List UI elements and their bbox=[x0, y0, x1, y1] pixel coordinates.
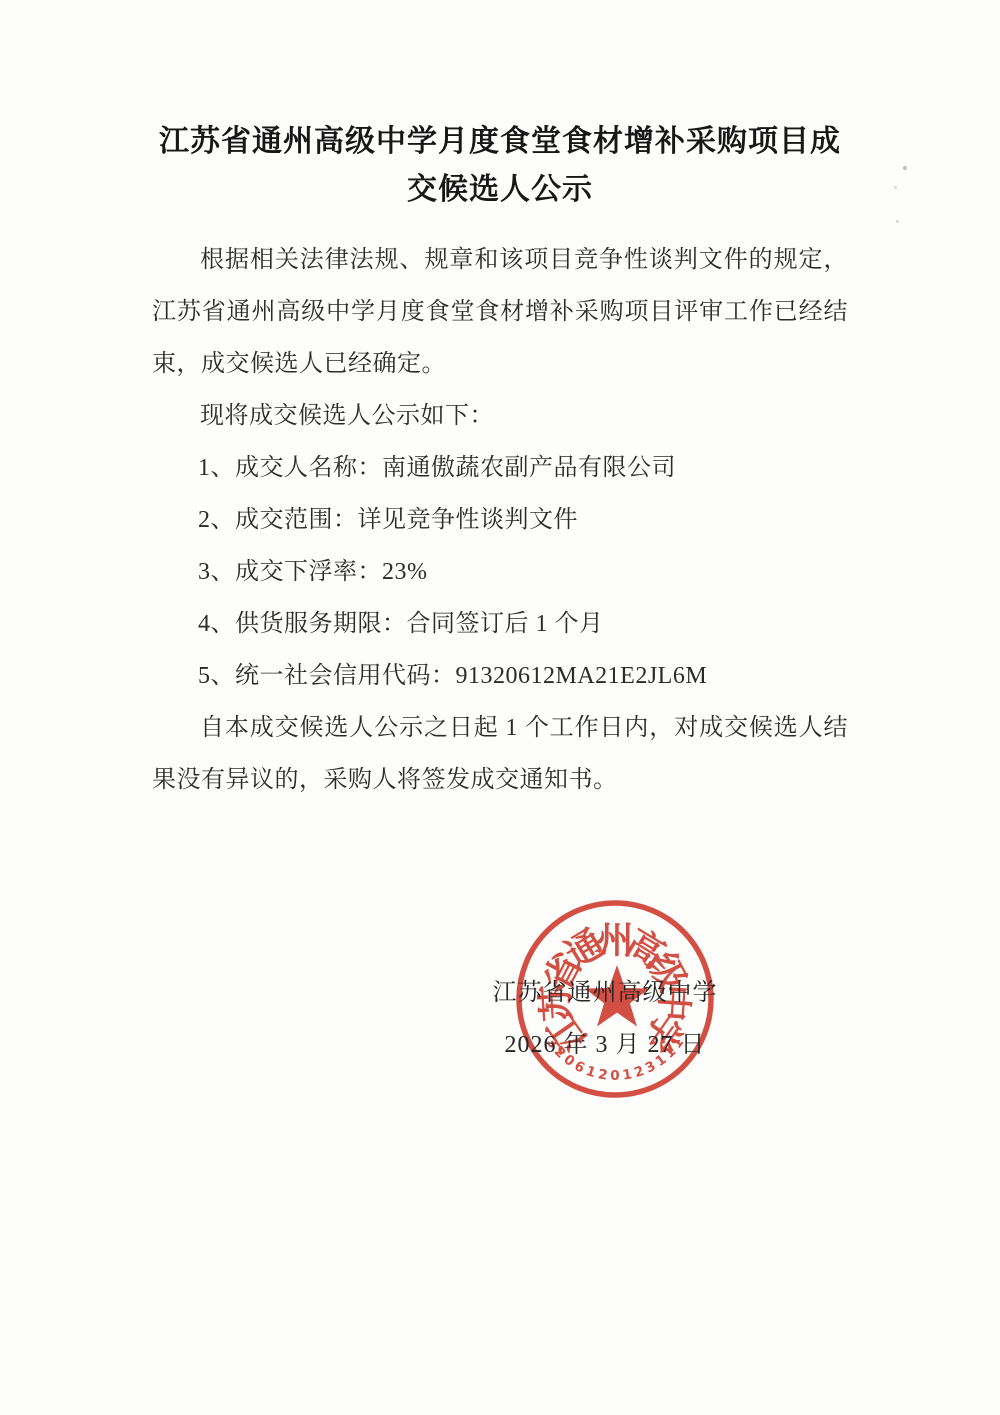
scan-speck bbox=[896, 220, 899, 223]
list-item-winner-name: 1、成交人名称：南通傲蔬农副产品有限公司 bbox=[152, 442, 848, 494]
svg-text:2: 2 bbox=[597, 1066, 609, 1083]
scan-speck bbox=[903, 166, 907, 170]
intro-paragraph: 根据相关法律法规、规章和该项目竞争性谈判文件的规定，江苏省通州高级中学月度食堂食… bbox=[152, 234, 848, 390]
svg-text:0: 0 bbox=[610, 1068, 619, 1084]
list-item-discount-rate: 3、成交下浮率：23% bbox=[152, 546, 848, 598]
list-item-supply-term: 4、供货服务期限：合同签订后 1 个月 bbox=[152, 598, 848, 650]
signature-organization: 江苏省通州高级中学 bbox=[455, 972, 755, 1007]
scan-speck bbox=[894, 186, 897, 189]
svg-text:1: 1 bbox=[584, 1063, 598, 1081]
document-body: 根据相关法律法规、规章和该项目竞争性谈判文件的规定，江苏省通州高级中学月度食堂食… bbox=[152, 234, 848, 806]
closing-paragraph: 自本成交候选人公示之日起 1 个工作日内，对成交候选人结果没有异议的，采购人将签… bbox=[152, 702, 848, 806]
signature-date: 2026 年 3 月 27 日 bbox=[455, 1024, 755, 1059]
svg-text:1: 1 bbox=[621, 1066, 633, 1083]
title-line-2: 交候选人公示 bbox=[0, 166, 1000, 214]
document-page: 江苏省通州高级中学月度食堂食材增补采购项目成 交候选人公示 根据相关法律法规、规… bbox=[0, 0, 1000, 1415]
list-item-scope: 2、成交范围：详见竞争性谈判文件 bbox=[152, 494, 848, 546]
document-title: 江苏省通州高级中学月度食堂食材增补采购项目成 交候选人公示 bbox=[0, 118, 1000, 214]
title-line-1: 江苏省通州高级中学月度食堂食材增补采购项目成 bbox=[0, 118, 1000, 166]
lead-in-line: 现将成交候选人公示如下： bbox=[152, 390, 848, 442]
list-item-credit-code: 5、统一社会信用代码：91320612MA21E2JL6M bbox=[152, 650, 848, 702]
